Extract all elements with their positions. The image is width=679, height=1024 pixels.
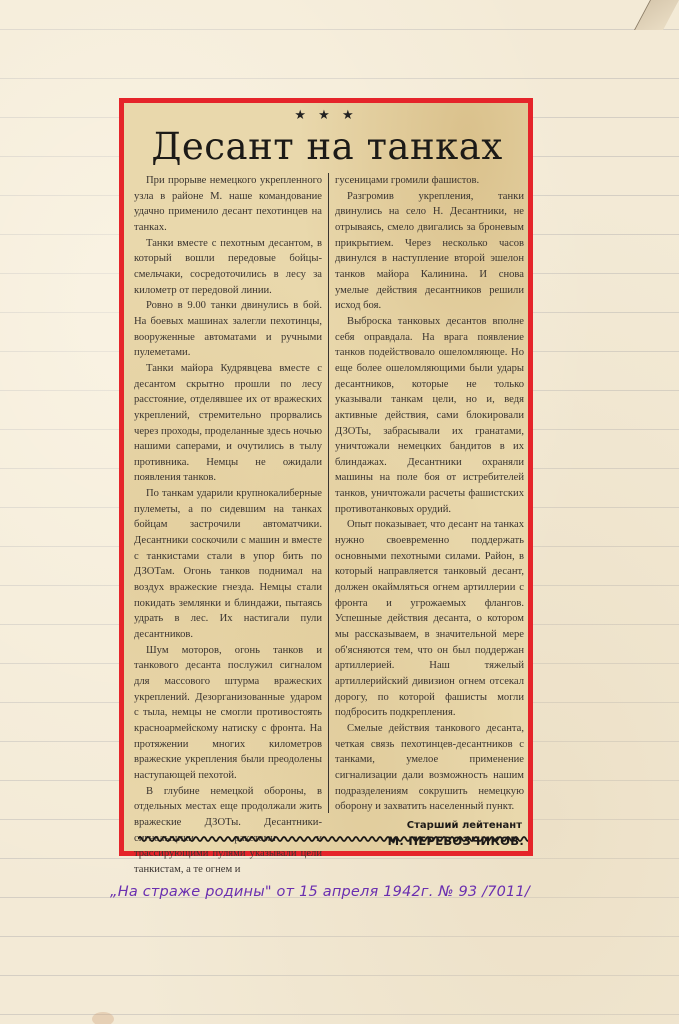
author-rank: Старший лейтенант xyxy=(335,818,524,833)
star-ornament: ★ ★ ★ xyxy=(124,108,528,123)
wavy-divider xyxy=(138,835,528,843)
right-column: гусеницами громили фашистов.Разгромив ук… xyxy=(329,173,524,813)
article-body: При прорыве немецкого укрепленного узла … xyxy=(134,173,526,813)
byline: Старший лейтенант М. ПЕРЕВОЗЧИКОВ. xyxy=(335,818,524,850)
article-paragraph: Опыт показывает, что десант на танках ну… xyxy=(335,517,524,721)
article-paragraph: Смелые действия танкового десанта, четка… xyxy=(335,721,524,815)
article-headline: Десант на танках xyxy=(132,125,522,169)
article-paragraph: Разгромив укрепления, танки двинулись на… xyxy=(335,189,524,314)
article-paragraph: В глубине немецкой обороны, в отдельных … xyxy=(134,784,322,878)
paper-stain xyxy=(92,1012,114,1024)
right-column-text: гусеницами громили фашистов.Разгромив ук… xyxy=(335,173,524,815)
article-paragraph: гусеницами громили фашистов. xyxy=(335,173,524,189)
page-corner-fold xyxy=(634,0,679,30)
left-column: При прорыве немецкого укрепленного узла … xyxy=(134,173,329,813)
article-paragraph: При прорыве немецкого укрепленного узла … xyxy=(134,173,322,236)
article-paragraph: Танки майора Кудрявцева вместе с десанто… xyxy=(134,361,322,486)
article-paragraph: Ровно в 9.00 танки двинулись в бой. На б… xyxy=(134,298,322,361)
article-paragraph: По танкам ударили крупнокалиберные пулем… xyxy=(134,486,322,643)
article-paragraph: Шум моторов, огонь танков и танкового де… xyxy=(134,643,322,784)
article-paragraph: Выброска танковых десантов вполне себя о… xyxy=(335,314,524,518)
newspaper-clipping: ★ ★ ★ Десант на танках При прорыве немец… xyxy=(119,98,533,856)
article-paragraph: Танки вместе с пехотным десантом, в кото… xyxy=(134,236,322,299)
handwritten-source-note: „На страже родины" от 15 апреля 1942г. №… xyxy=(110,884,530,900)
